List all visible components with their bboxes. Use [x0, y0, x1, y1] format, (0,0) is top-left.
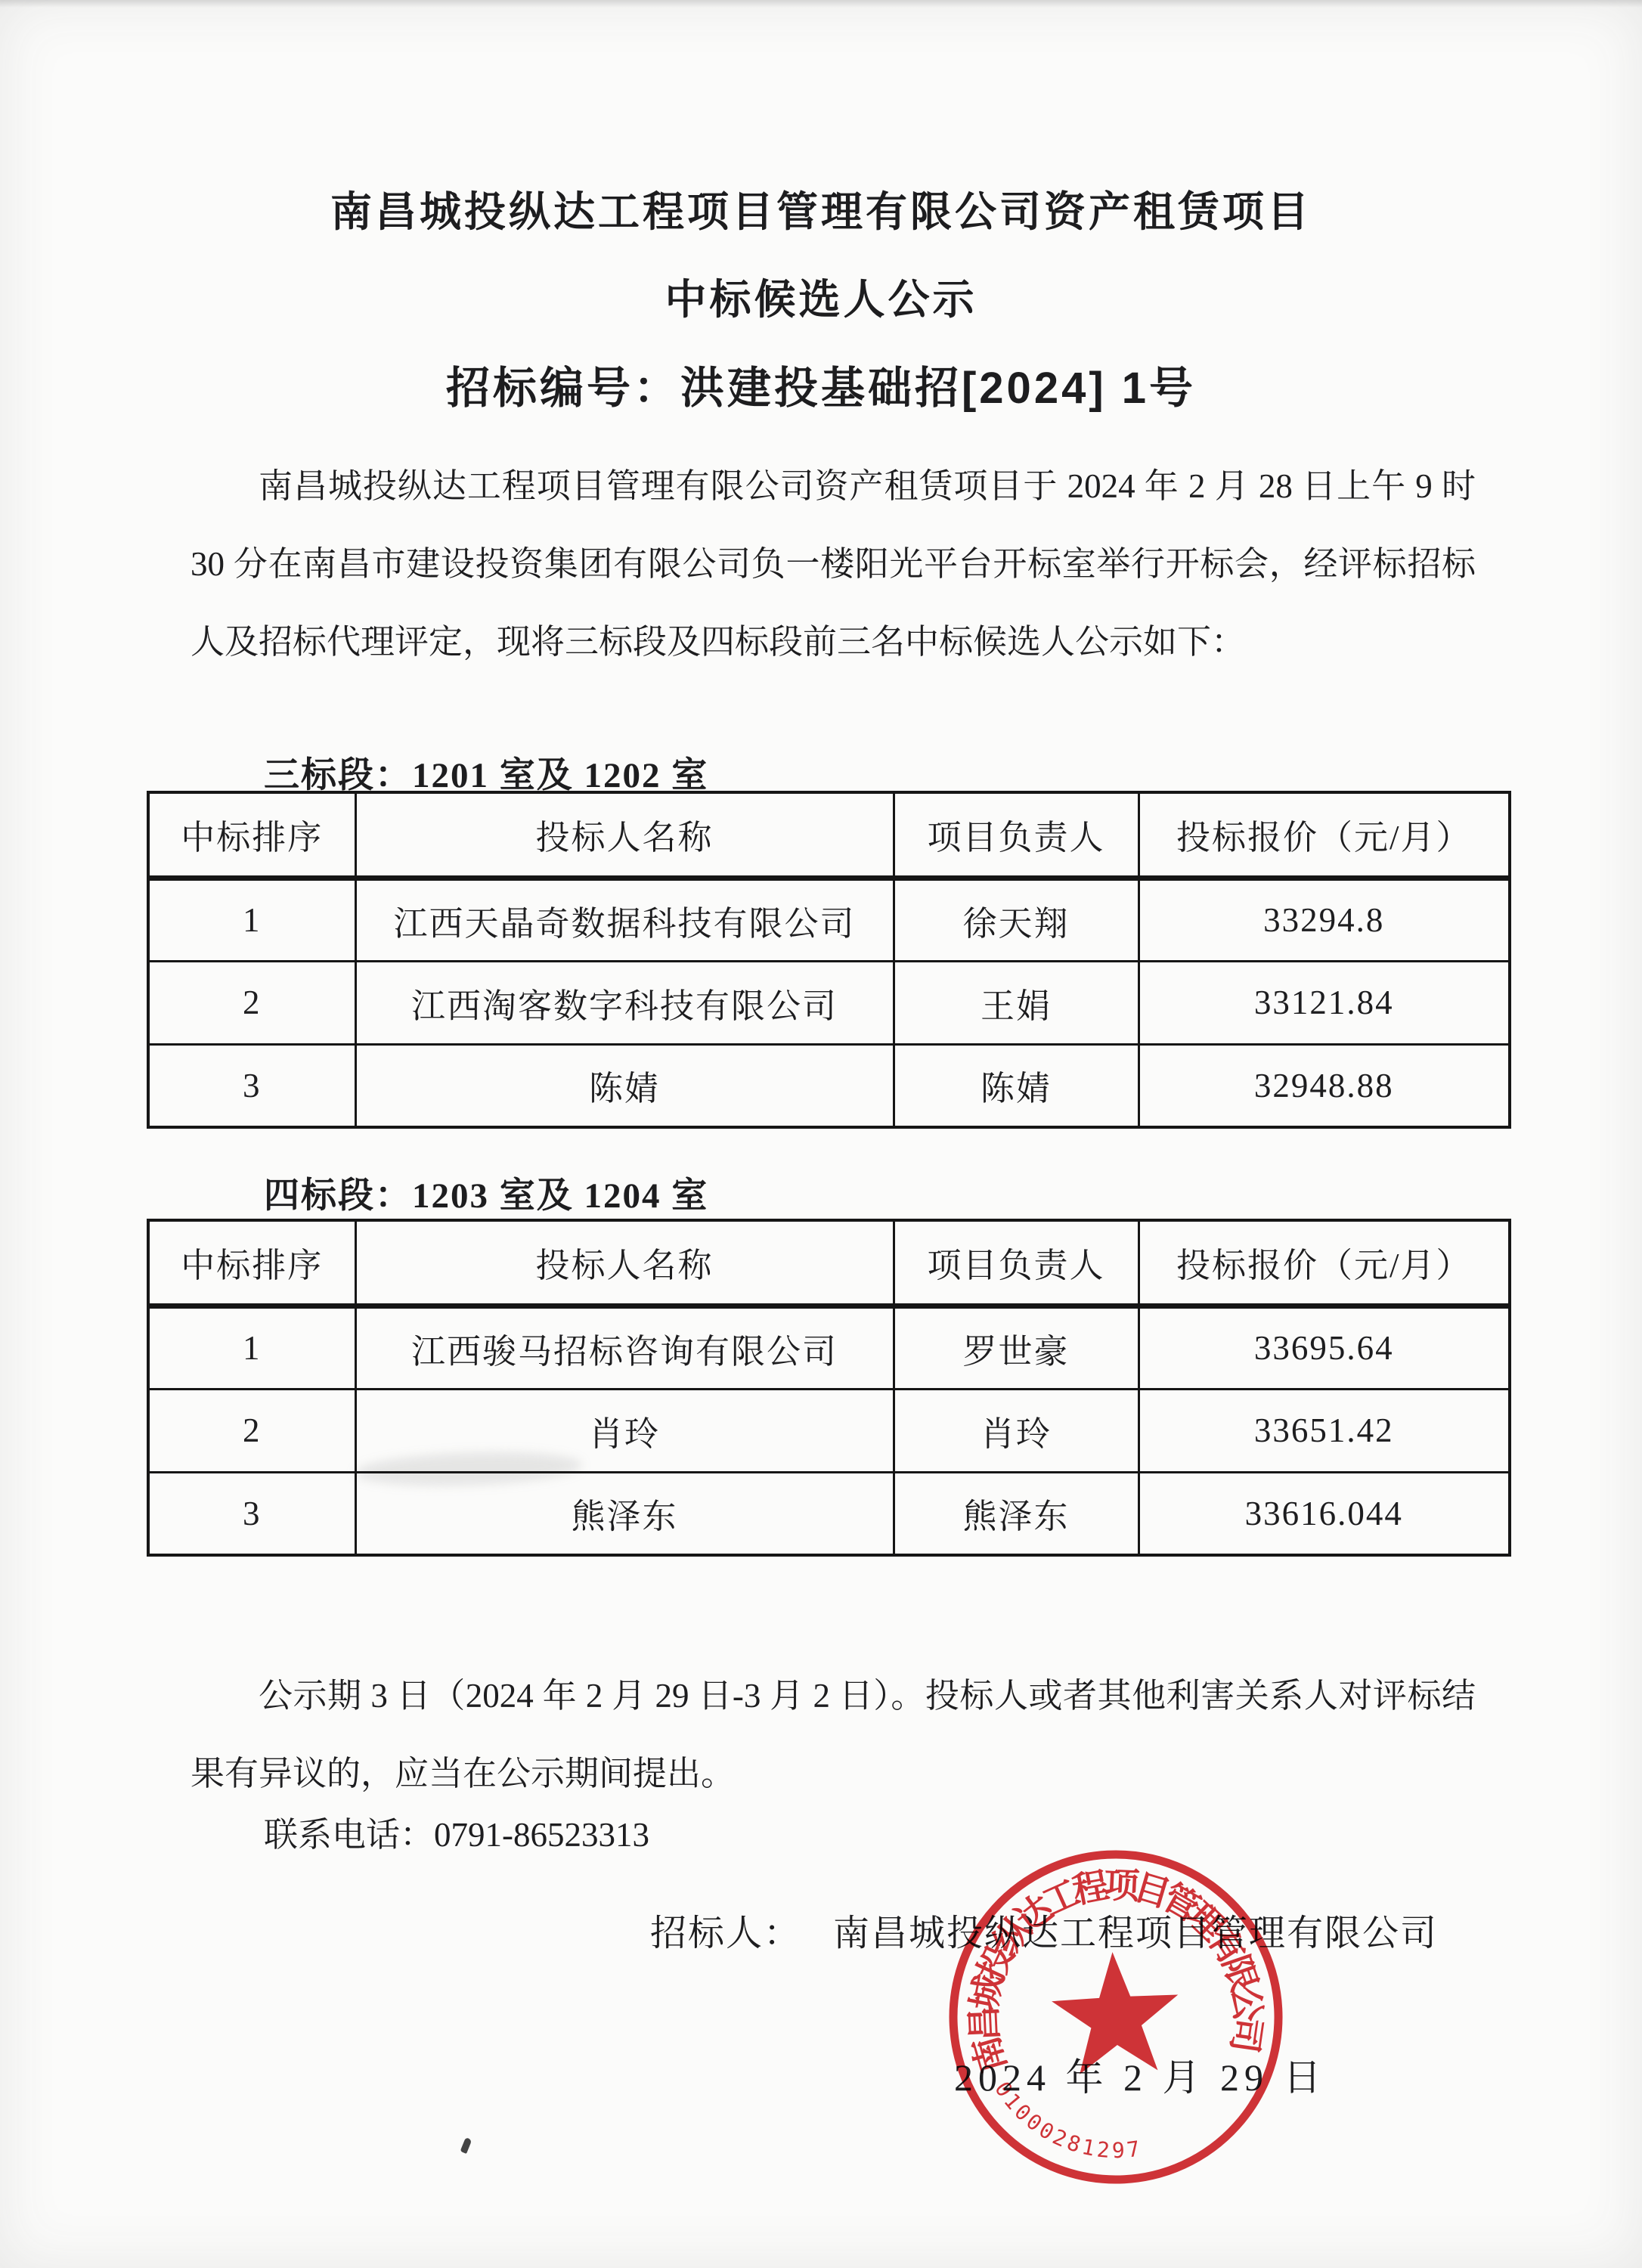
cell-rank: 3 — [148, 1472, 355, 1555]
col-header-manager: 项目负责人 — [894, 1220, 1139, 1306]
cell-price: 33695.64 — [1139, 1306, 1510, 1389]
cell-rank: 3 — [148, 1044, 355, 1127]
stray-ink-mark — [460, 2137, 472, 2154]
section-heading-lot3: 三标段：1201 室及 1202 室 — [191, 747, 1476, 798]
scan-edge-artifact — [0, 0, 1642, 8]
seal-star-icon — [1049, 1949, 1182, 2076]
col-header-bidder: 投标人名称 — [355, 1220, 894, 1306]
bid-table-lot3: 中标排序 投标人名称 项目负责人 投标报价（元/月） 1 江西天晶奇数据科技有限… — [147, 791, 1511, 1129]
col-header-manager: 项目负责人 — [894, 792, 1139, 878]
col-header-price: 投标报价（元/月） — [1139, 1220, 1510, 1306]
cell-bidder: 江西淘客数字科技有限公司 — [355, 961, 894, 1044]
cell-price: 33294.8 — [1139, 878, 1510, 961]
doc-bid-number: 招标编号：洪建投基础招[2024] 1号 — [0, 352, 1642, 416]
cell-manager: 肖玲 — [894, 1389, 1139, 1472]
cell-rank: 2 — [148, 961, 355, 1044]
cell-manager: 陈婧 — [894, 1044, 1139, 1127]
cell-price: 32948.88 — [1139, 1044, 1510, 1127]
cell-bidder: 江西天晶奇数据科技有限公司 — [355, 878, 894, 961]
contact-phone-line: 联系电话：0791-86523313 — [191, 1796, 1476, 1874]
doc-title-line1: 南昌城投纵达工程项目管理有限公司资产租赁项目 — [0, 178, 1642, 238]
document-page: 南昌城投纵达工程项目管理有限公司资产租赁项目 中标候选人公示 招标编号：洪建投基… — [0, 0, 1642, 2268]
col-header-rank: 中标排序 — [148, 1220, 355, 1306]
table-row: 2 肖玲 肖玲 33651.42 — [148, 1389, 1510, 1472]
bid-table-lot4: 中标排序 投标人名称 项目负责人 投标报价（元/月） 1 江西骏马招标咨询有限公… — [147, 1219, 1511, 1557]
cell-manager: 徐天翔 — [894, 878, 1139, 961]
cell-rank: 1 — [148, 878, 355, 961]
col-header-bidder: 投标人名称 — [355, 792, 894, 878]
table-row: 3 陈婧 陈婧 32948.88 — [148, 1044, 1510, 1127]
cell-bidder: 肖玲 — [355, 1389, 894, 1472]
cell-bidder: 江西骏马招标咨询有限公司 — [355, 1306, 894, 1389]
tenderer-label: 招标人： — [650, 1913, 801, 1954]
section-heading-lot4: 四标段：1203 室及 1204 室 — [191, 1167, 1476, 1218]
table-row: 1 江西天晶奇数据科技有限公司 徐天翔 33294.8 — [148, 878, 1510, 961]
col-header-price: 投标报价（元/月） — [1139, 792, 1510, 878]
table-row: 3 熊泽东 熊泽东 33616.044 — [148, 1472, 1510, 1555]
company-seal-stamp: 南昌城投纵达工程项目管理有限公司 01000281297 — [933, 1834, 1298, 2199]
cell-rank: 2 — [148, 1389, 355, 1472]
doc-title-line2: 中标候选人公示 — [0, 266, 1642, 326]
table-header-row: 中标排序 投标人名称 项目负责人 投标报价（元/月） — [148, 792, 1510, 878]
cell-bidder: 熊泽东 — [355, 1472, 894, 1555]
col-header-rank: 中标排序 — [148, 792, 355, 878]
cell-manager: 罗世豪 — [894, 1306, 1139, 1389]
table-row: 1 江西骏马招标咨询有限公司 罗世豪 33695.64 — [148, 1306, 1510, 1389]
cell-price: 33651.42 — [1139, 1389, 1510, 1472]
intro-paragraph: 南昌城投纵达工程项目管理有限公司资产租赁项目于 2024 年 2 月 28 日上… — [191, 448, 1476, 681]
cell-price: 33121.84 — [1139, 961, 1510, 1044]
cell-manager: 熊泽东 — [894, 1472, 1139, 1555]
table-header-row: 中标排序 投标人名称 项目负责人 投标报价（元/月） — [148, 1220, 1510, 1306]
cell-manager: 王娟 — [894, 961, 1139, 1044]
seal-code-text: 01000281297 — [989, 2071, 1144, 2170]
publicity-period-paragraph: 公示期 3 日（2024 年 2 月 29 日-3 月 2 日）。投标人或者其他… — [191, 1657, 1476, 1813]
cell-price: 33616.044 — [1139, 1472, 1510, 1555]
cell-bidder: 陈婧 — [355, 1044, 894, 1127]
cell-rank: 1 — [148, 1306, 355, 1389]
table-row: 2 江西淘客数字科技有限公司 王娟 33121.84 — [148, 961, 1510, 1044]
